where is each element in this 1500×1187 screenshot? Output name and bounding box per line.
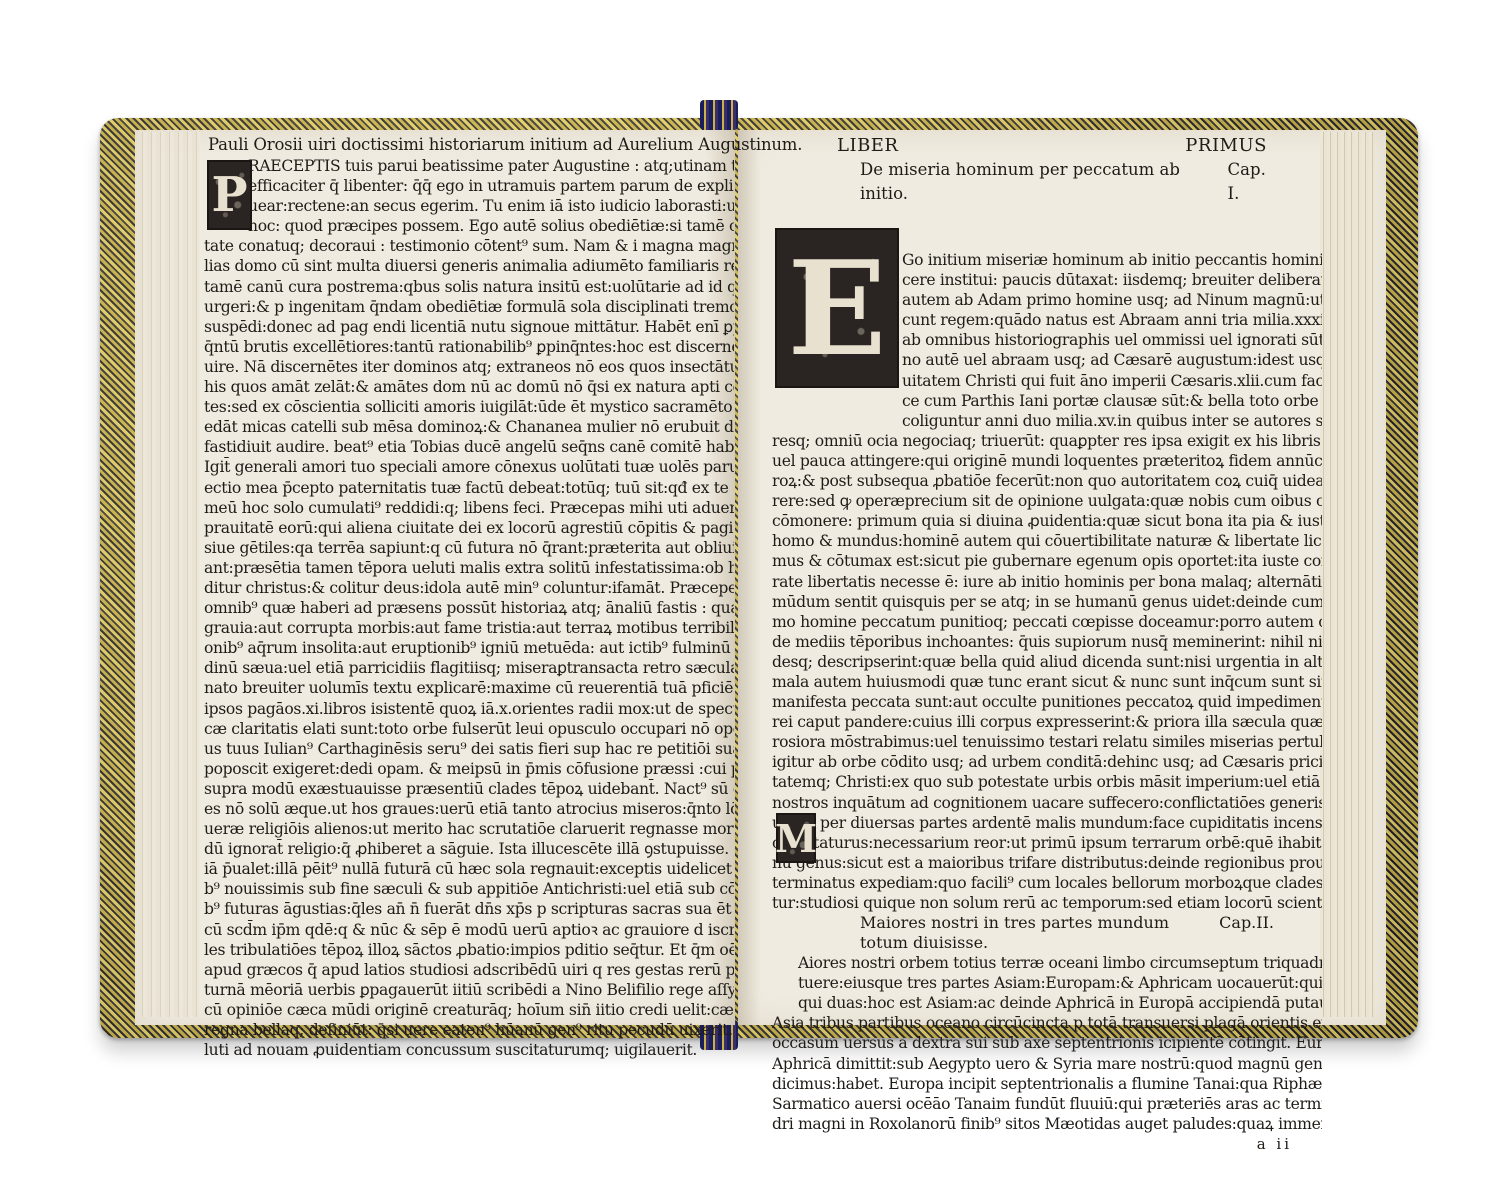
page-edges-left: [138, 132, 200, 1017]
text-line: poposcit exigeret:dedi opam. & meipsū in…: [204, 759, 734, 779]
left-body: RAECEPTIS tuis parui beatissime pater Au…: [204, 156, 734, 1060]
text-line: roꝝ:& post subsequa ꝓbatiōe fecerūt:non …: [772, 471, 1322, 491]
text-line: onib⁹ aq̄rum insolita:aut eruptionib⁹ ig…: [204, 638, 734, 658]
text-line: dū ignorat̄ religio:q̄ ꝓhiberet a sāguie…: [204, 839, 734, 859]
text-line: apud græcos q̄ apud latios studiosi adsc…: [204, 960, 734, 980]
text-line: igitur ab orbe cōdito usq; ad urbem cond…: [772, 752, 1322, 772]
chapter-1-title: De miseria hominum per peccatum ab initi…: [860, 158, 1228, 206]
decorated-initial-p: P: [207, 160, 252, 230]
text-line: dicimus:habet. Europa incipit septentrio…: [772, 1074, 1322, 1094]
text-line: Asia tribus partibus oceano circūcincta …: [772, 1013, 1322, 1033]
text-line: hoc: quod præcipes possem. Ego autē soli…: [204, 216, 734, 236]
text-line: cū opiniōe cæca mūdi originē creaturāq; …: [204, 1000, 734, 1020]
text-line: edāt micas catelli sub mēsa dominoꝝ:& Ch…: [204, 417, 734, 437]
text-line: fastidiuit audire. beat⁹ etia Tobias duc…: [204, 437, 734, 457]
text-line: tes:sed ex cōscientia solliciti amoris i…: [204, 397, 734, 417]
text-line: Igit̄ generali amori tuo speciali amore …: [204, 457, 734, 477]
text-line: grauia:aut corrupta morbis:aut fame tris…: [204, 618, 734, 638]
text-line: cū scd̄m ip̄m qdē:q & nūc & sēp ē modū u…: [204, 920, 734, 940]
text-line: manifesta peccata sunt:aut occulte punit…: [772, 692, 1322, 712]
chapter-1-heading: De miseria hominum per peccatum ab initi…: [772, 158, 1322, 206]
text-line: supra modū exæstuauisse præsentiū clades…: [204, 779, 734, 799]
text-line: rere:sed ꝙ operæprecium sit de opinione …: [772, 491, 1322, 511]
text-line: tate conatuq; decoraui : testimonio cōte…: [204, 236, 734, 256]
text-line: Aphricā dimittit:sub Aegypto uero & Syri…: [772, 1054, 1322, 1074]
text-line: b⁹ futuras āgustias:q̄les an̄ n̄ fuerāt …: [204, 899, 734, 919]
text-line: tatemq; Christi:ex quo sub potestate urb…: [772, 772, 1322, 792]
chapter-2-title: Maiores nostri in tres partes mundum tot…: [860, 913, 1219, 953]
left-page-text: Pauli Orosii uiri doctissimi historiarum…: [204, 134, 734, 1060]
text-line: regna bellaq; definiūt: q̄si uere eaten⁹…: [204, 1020, 734, 1040]
text-line: b⁹ nouissimis sub fine sæculi & sub appi…: [204, 879, 734, 899]
signature-mark: a ii: [772, 1134, 1322, 1154]
text-line: les tribulatiōes tēpoꝝ illoꝝ sāctos ꝓbat…: [204, 940, 734, 960]
text-line: uel pauca attingere:qui originē mundi lo…: [772, 451, 1322, 471]
right-running-head: LIBER PRIMUS: [772, 134, 1322, 158]
text-line: his quos amāt zelāt:& amātes dom nū ac d…: [204, 377, 734, 397]
text-line: qui duas:hoc est Asiam:ac deinde Aphricā…: [772, 993, 1322, 1013]
running-head-liber: LIBER: [837, 134, 898, 158]
text-line: tur:studiosi quique non solum rerū ac te…: [772, 893, 1322, 913]
text-line: uire. Nā discernētes iter dominos atq; e…: [204, 357, 734, 377]
text-line: ectio mea p̄cepto paternitatis tuæ factū…: [204, 478, 734, 498]
text-line: tamē canū cura postrema:qbus solis natur…: [204, 277, 734, 297]
text-line: de mediis tēporibus inchoantes: q̄uis su…: [772, 632, 1322, 652]
text-line: dinū sæua:uel etiā parricidiis flagitiis…: [204, 658, 734, 678]
page-edges-right: [1320, 132, 1374, 1017]
text-line: ueluti per diuersas partes ardentē malis…: [772, 813, 1322, 833]
text-line: Aiores nostri orbem totius terræ oceani …: [772, 953, 1322, 973]
text-line: dri magni in Roxolanorū finib⁹ sitos Mæo…: [772, 1114, 1322, 1134]
text-line: mo homine peccatum punitioq; peccati cœp…: [772, 612, 1322, 632]
text-line: es nō solū æque.ut hos graues:uerū etiā …: [204, 799, 734, 819]
chapter-2-body: Aiores nostri orbem totius terræ oceani …: [772, 953, 1322, 1134]
text-line: ostentaturus:necessarium reor:ut primū i…: [772, 833, 1322, 853]
text-line: rosiora mōstrabimus:uel tenuissimo testa…: [772, 732, 1322, 752]
text-line: luti ad nouam ꝓuidentiam concussum susci…: [204, 1040, 734, 1060]
text-line: meū hoc solo cumulati⁹ reddidi:q; libens…: [204, 498, 734, 518]
text-line: ant:præsētia tamen tēpora ueluti malis e…: [204, 558, 734, 578]
text-line: iā p̄ualet:illā pēit⁹ nullā futurā cū hæ…: [204, 859, 734, 879]
text-line: mūdum sentit quisquis per se atq; in se …: [772, 592, 1322, 612]
chapter-2-number: Cap.II.: [1219, 913, 1274, 953]
text-line: suspēdi:donec ad pag endi licentiā nutu …: [204, 317, 734, 337]
text-line: cōmonere: primum quia si diuina ꝓuidenti…: [772, 511, 1322, 531]
running-head-primus: PRIMUS: [1185, 134, 1267, 158]
text-line: efficaciter q̄ libenter: q̄q̄ ego in utr…: [204, 176, 734, 196]
text-line: coliguntur anni duo milia.xv.in quibus i…: [772, 411, 1322, 431]
text-line: ditur christus:& colitur deus:idola autē…: [204, 578, 734, 598]
text-line: ueræ religiōis alienos:ut merito hac scr…: [204, 819, 734, 839]
text-line: nato breuiter uolumīs textu explicarē:ma…: [204, 678, 734, 698]
text-line: mala autem huiusmodi quæ tunc erant sicu…: [772, 672, 1322, 692]
decorated-initial-m: M: [776, 813, 816, 863]
chapter-2-heading: Maiores nostri in tres partes mundum tot…: [772, 913, 1322, 953]
text-line: ce cum Parthis Iani portæ clausæ sūt:& b…: [772, 391, 1322, 411]
text-line: q̄ntū brutis excellētiores:tantū rationa…: [204, 337, 734, 357]
text-line: rei caput pandere:cuius illi corpus expr…: [772, 712, 1322, 732]
text-line: uear:rectene:an secus egerim. Tu enim iā…: [204, 196, 734, 216]
text-line: occasum uersus a dextra sui sub axe sept…: [772, 1033, 1322, 1053]
text-line: cæ claritatis elati sunt:toto orbe fulse…: [204, 719, 734, 739]
text-line: ipsos pagāos.xi.libros isistentē quoꝝ iā…: [204, 699, 734, 719]
text-line: lias domo cū sint multa diuersi generis …: [204, 256, 734, 276]
chapter-1-number: Cap. I.: [1228, 158, 1282, 206]
text-line: prauitatē eorū:qui aliena ciuitate dei e…: [204, 518, 734, 538]
text-line: Sarmatico auersi ocēāo Tanaim fundūt flu…: [772, 1094, 1322, 1114]
text-line: terminatus expediam:quo facili⁹ cum loca…: [772, 873, 1322, 893]
text-line: nū genus:sicut est a maioribus trifare d…: [772, 853, 1322, 873]
decorated-initial-e: E: [775, 228, 899, 388]
text-line: nostros inquātum ad cognitionem uacare s…: [772, 793, 1322, 813]
text-line: rate libertatis necesse ē: iure ab initi…: [772, 572, 1322, 592]
text-line: tuere:eiusque tres partes Asiam:Europam:…: [772, 973, 1322, 993]
headband-top: [700, 100, 738, 130]
left-running-head: Pauli Orosii uiri doctissimi historiarum…: [204, 134, 734, 156]
text-line: us tuus Iulian⁹ Carthaginēsis seru⁹ dei …: [204, 739, 734, 759]
text-line: RAECEPTIS tuis parui beatissime pater Au…: [204, 156, 734, 176]
text-line: urgeri:& p ingenitam q̄ndam obediētiæ fo…: [204, 297, 734, 317]
text-line: resq; omniū ocia negociaq; triuerūt: qua…: [772, 431, 1322, 451]
text-line: homo & mundus:hominē autem qui cōuertibi…: [772, 531, 1322, 551]
text-line: turnā mēoriā uerbis ꝑpagauerūt iitiū scr…: [204, 980, 734, 1000]
text-line: omnib⁹ quæ haberi ad præsens possūt hist…: [204, 598, 734, 618]
text-line: mus & cōtumax est:sicut pie gubernare eg…: [772, 551, 1322, 571]
text-line: siue gētiles:qa terrēa sapiunt:q cū futu…: [204, 538, 734, 558]
text-line: desq; descripserint:quæ bella quid aliud…: [772, 652, 1322, 672]
